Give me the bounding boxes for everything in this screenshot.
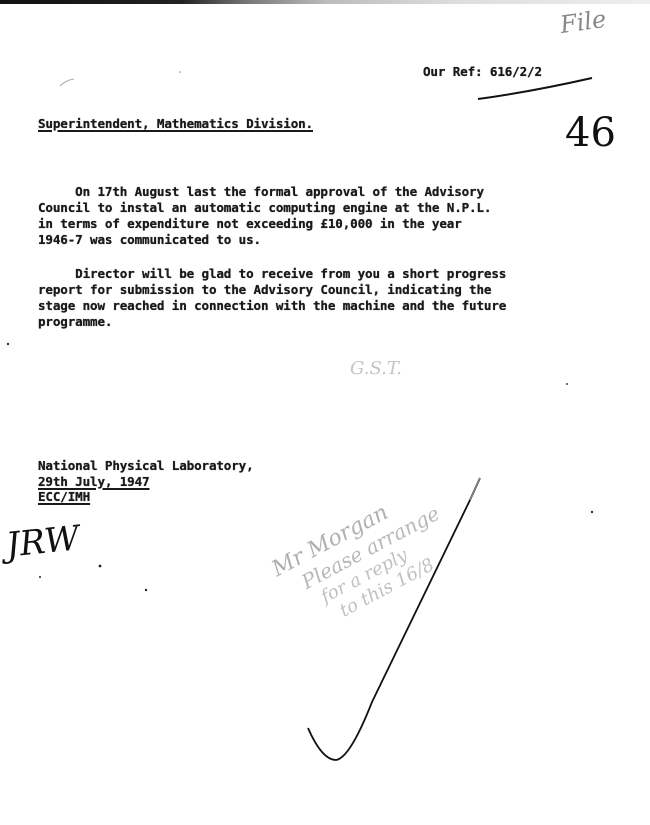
reference-underline-stroke	[478, 78, 592, 99]
pen-strokes-overlay	[0, 0, 650, 825]
tick-mark-stroke	[308, 478, 480, 760]
tick-faint-extension	[470, 478, 480, 500]
